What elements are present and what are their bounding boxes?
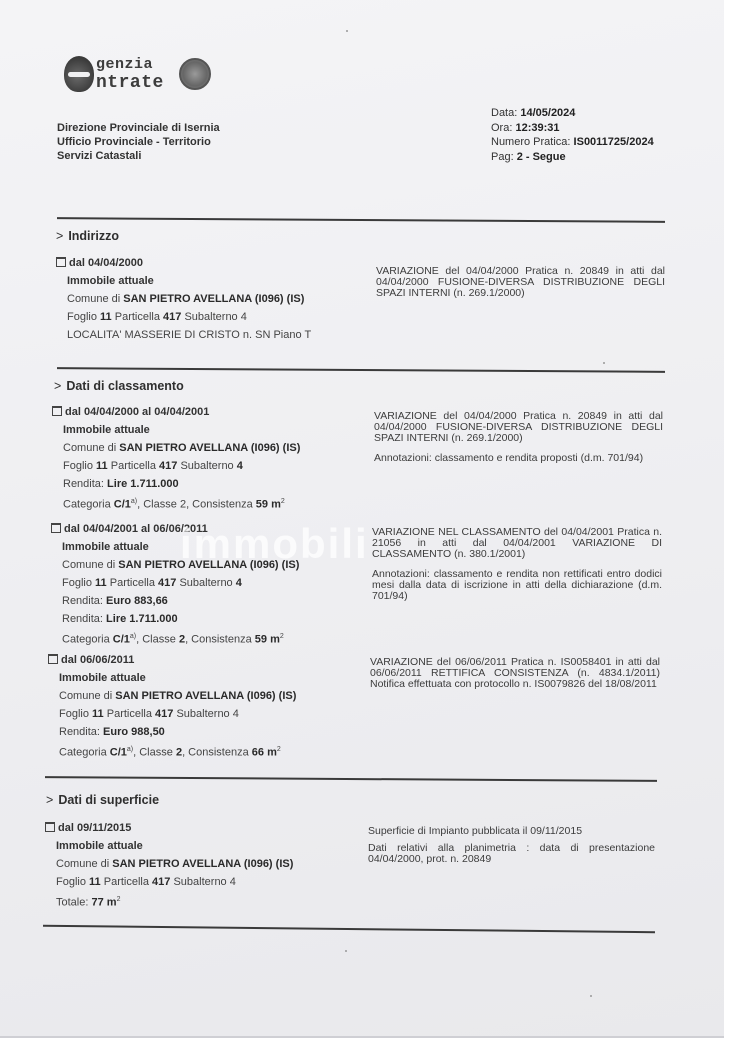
divider: [43, 925, 655, 933]
classamento-entry: dal 04/04/2000 al 04/04/2001 Immobile at…: [52, 403, 300, 514]
classamento-entry: dal 06/06/2011 Immobile attuale Comune d…: [48, 651, 296, 762]
classamento-note: VARIAZIONE NEL CLASSAMENTO del 04/04/200…: [372, 527, 662, 611]
calendar-icon: [48, 654, 58, 664]
calendar-icon: [56, 257, 66, 267]
agenzia-entrate-logo: genzia ntrate: [62, 54, 222, 100]
superficie-note: Superficie di Impianto pubblicata il 09/…: [368, 826, 655, 874]
divider: [57, 217, 665, 223]
document-page: genzia ntrate Direzione Provinciale di I…: [0, 0, 724, 1038]
office-info: Direzione Provinciale di Isernia Ufficio…: [57, 121, 220, 163]
section-title-indirizzo: >Indirizzo: [56, 229, 119, 243]
indirizzo-note: VARIAZIONE del 04/04/2000 Pratica n. 208…: [376, 266, 665, 308]
divider: [45, 776, 657, 782]
calendar-icon: [52, 406, 62, 416]
divider: [57, 367, 665, 373]
chevron-right-icon: >: [56, 229, 63, 243]
logo-line-2: ntrate: [96, 73, 164, 93]
chevron-right-icon: >: [46, 793, 53, 807]
meta-page: Pag: 2 - Segue: [491, 150, 654, 165]
section-title-superficie: >Dati di superficie: [46, 793, 159, 807]
section-title-classamento: >Dati di classamento: [54, 379, 184, 393]
office-ufficio: Ufficio Provinciale - Territorio: [57, 135, 220, 149]
entry-comune: Comune di SAN PIETRO AVELLANA (I096) (IS…: [56, 290, 311, 308]
meta-time: Ora: 12:39:31: [491, 121, 654, 136]
chevron-right-icon: >: [54, 379, 61, 393]
indirizzo-entry: dal 04/04/2000 Immobile attuale Comune d…: [56, 254, 311, 344]
calendar-icon: [51, 523, 61, 533]
meta-date: Data: 14/05/2024: [491, 106, 654, 121]
office-direzione: Direzione Provinciale di Isernia: [57, 121, 220, 135]
office-servizi: Servizi Catastali: [57, 149, 220, 163]
classamento-note: VARIAZIONE del 06/06/2011 Pratica n. IS0…: [370, 657, 660, 699]
entry-foglio: Foglio 11 Particella 417 Subalterno 4: [56, 308, 311, 326]
entry-status: Immobile attuale: [56, 272, 311, 290]
meta-pratica: Numero Pratica: IS0011725/2024: [491, 135, 654, 150]
superficie-entry: dal 09/11/2015 Immobile attuale Comune d…: [45, 819, 293, 912]
entry-date: dal 04/04/2000: [56, 254, 311, 272]
republic-emblem-icon: [179, 58, 211, 90]
calendar-icon: [45, 822, 55, 832]
entry-address: LOCALITA' MASSERIE DI CRISTO n. SN Piano…: [56, 326, 311, 344]
watermark: immobili: [180, 520, 369, 568]
logo-a-glyph-icon: [64, 56, 94, 92]
classamento-note: VARIAZIONE del 04/04/2000 Pratica n. 208…: [374, 411, 663, 473]
logo-line-1: genzia: [96, 56, 153, 73]
document-meta: Data: 14/05/2024 Ora: 12:39:31 Numero Pr…: [491, 106, 654, 164]
